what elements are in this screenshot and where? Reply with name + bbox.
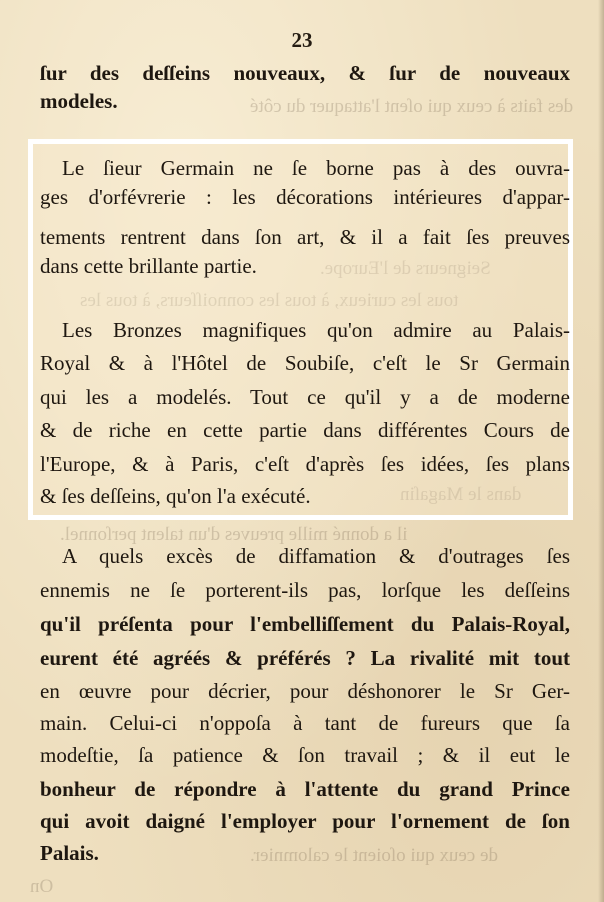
highlight-line: l'Europe, & à Paris, c'eſt d'après ſes i… [40, 451, 570, 477]
text-line: ennemis ne ſe porterent-ils pas, lorſque… [40, 577, 570, 603]
text-line: qui avoit daigné l'employer pour l'ornem… [40, 808, 570, 834]
highlight-line: Royal & à l'Hôtel de Soubiſe, c'eſt le S… [40, 350, 570, 376]
text-line: bonheur de répondre à l'attente du grand… [40, 776, 570, 802]
highlight-line: ges d'orfévrerie : les décorations intér… [40, 184, 570, 210]
text-line: ſur des deſſeins nouveaux, & ſur de nouv… [40, 60, 570, 86]
text-line: A quels excès de diffamation & d'outrage… [40, 543, 570, 569]
highlight-line: tements rentrent dans ſon art, & il a fa… [40, 224, 570, 250]
page-edge-shadow [598, 0, 604, 902]
highlight-line: Les Bronzes magnifiques qu'on admire au … [40, 317, 570, 343]
highlight-line: qui les a modelés. Tout ce qu'il y a de … [40, 384, 570, 410]
text-line: modeles. [40, 88, 570, 114]
highlight-line: Le ſieur Germain ne ſe borne pas à des o… [40, 155, 570, 181]
bleed-through-text: On [30, 876, 53, 898]
text-line: qu'il préſenta pour l'embelliſſement du … [40, 611, 570, 637]
text-line: modeſtie, ſa patience & ſon travail ; & … [40, 742, 570, 768]
highlight-line: & de riche en cette partie dans différen… [40, 417, 570, 443]
text-line: en œuvre pour décrier, pour déshonorer l… [40, 678, 570, 704]
text-line: Palais. [40, 840, 570, 866]
text-line: eurent été agréés & préférés ? La rivali… [40, 645, 570, 671]
page-number: 23 [0, 28, 604, 53]
text-line: main. Celui-ci n'oppoſa à tant de fureur… [40, 710, 570, 736]
highlight-line: & ſes deſſeins, qu'on l'a exécuté. [40, 483, 570, 509]
scanned-book-page: des faits à ceux qui oſent l'attaquer du… [0, 0, 604, 902]
highlight-line: dans cette brillante partie. [40, 253, 570, 279]
